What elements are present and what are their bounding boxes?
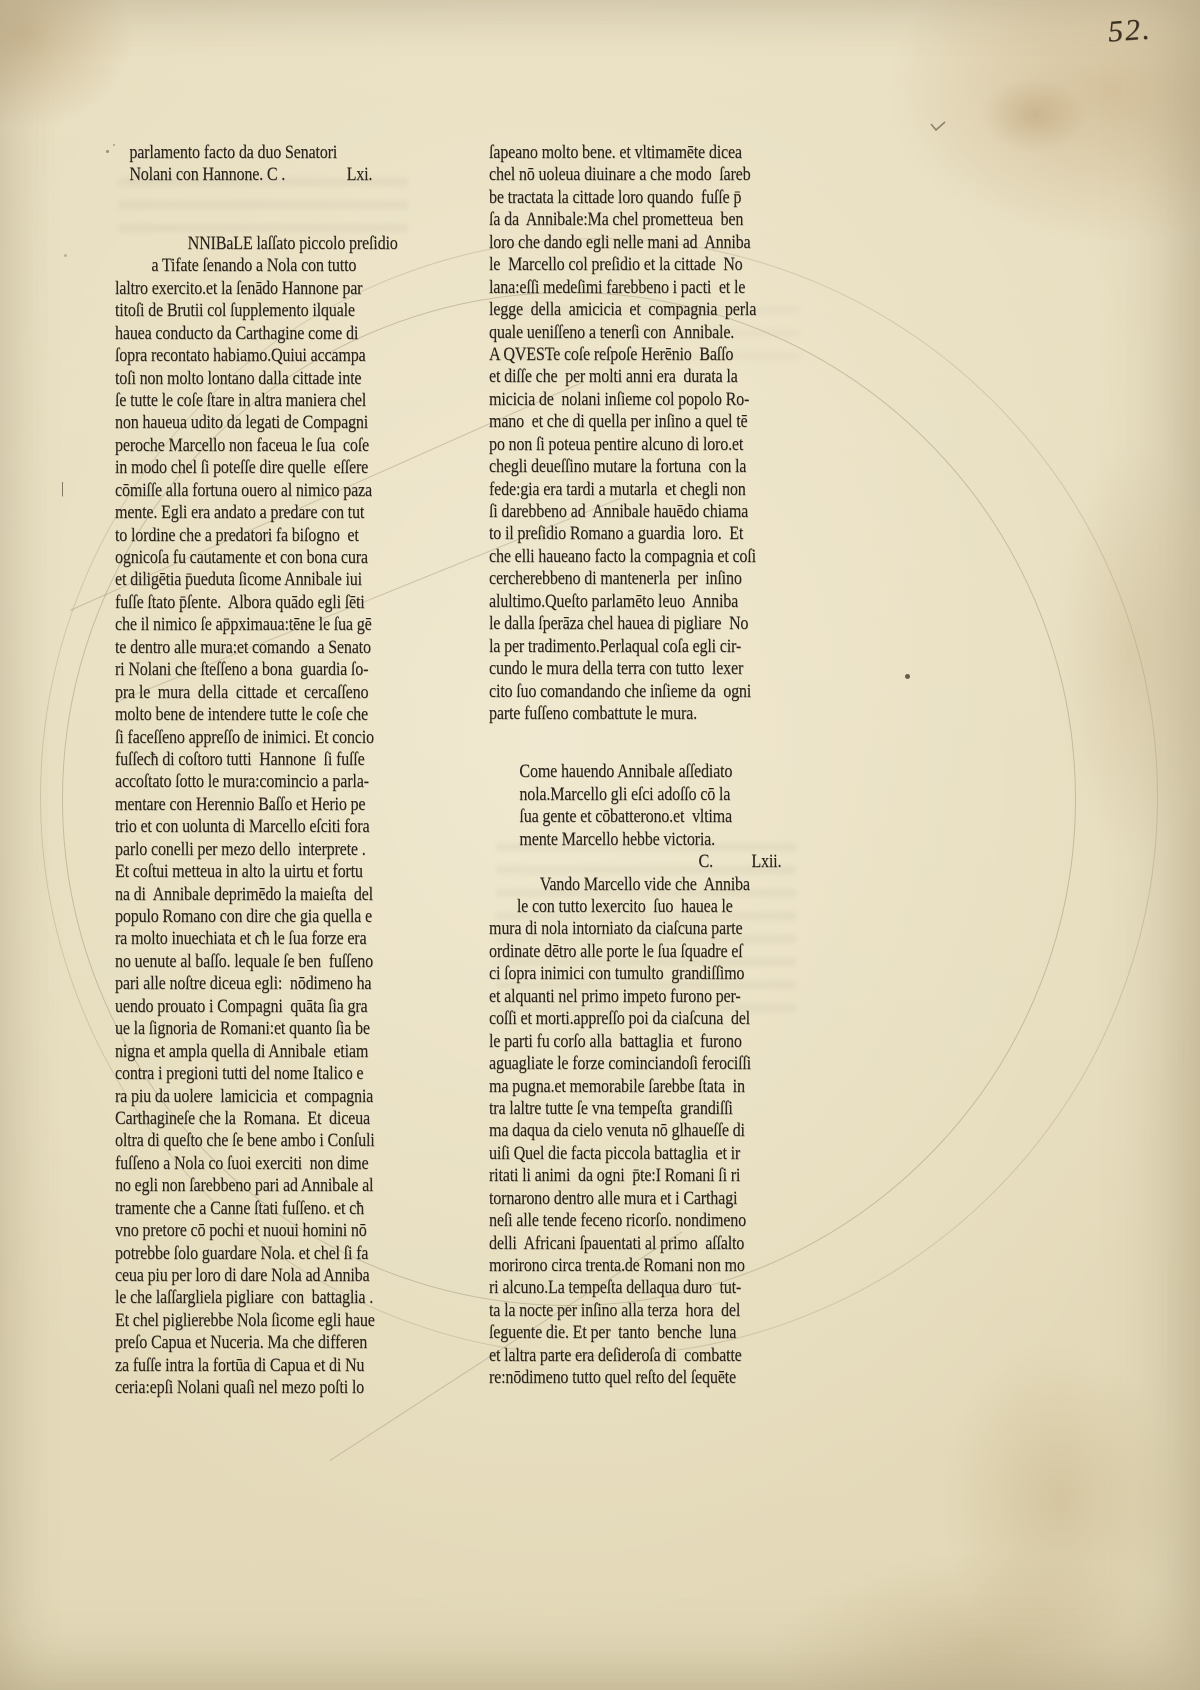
text-line: Vando Marcello vide che Anniba	[489, 874, 844, 896]
text-line: le dalla ſperāza chel hauea di pigliare …	[489, 613, 844, 635]
text-line: nigna et ampla quella di Annibale etiam	[115, 1041, 470, 1063]
text-line: no egli non ſarebbeno pari ad Annibale a…	[115, 1175, 470, 1197]
text-line: ceua piu per loro di dare Nola ad Anniba	[115, 1265, 470, 1287]
text-line: nola.Marcello gli eſci adoſſo cō la	[489, 784, 844, 806]
text-line: ſua gente et cōbatterono.et vltima	[489, 806, 844, 828]
line-gap	[489, 725, 844, 761]
text-line: to il preſidio Romano a guardia loro. Et	[489, 523, 844, 545]
text-line: tra laltre tutte ſe vna tempeſta grandiſ…	[489, 1098, 844, 1120]
text-line: ſapeano molto bene. et vltimamēte dicea	[489, 142, 844, 164]
text-line: titoſi de Brutii col ſupplemento ilquale	[115, 300, 470, 322]
text-line: ſi darebbeno ad Annibale hauēdo chiama	[489, 501, 844, 523]
text-line: populo Romano con dire che gia quella e	[115, 906, 470, 928]
text-line: Carthagineſe che la Romana. Et diceua	[115, 1108, 470, 1130]
pen-mark-icon	[930, 120, 946, 138]
text-line: delli Africani ſpauentati al primo aſſal…	[489, 1233, 844, 1255]
text-line: ſi faceſſeno appreſſo de inimici. Et con…	[115, 727, 470, 749]
text-line: vno pretore cō pochi et nuoui homini nō	[115, 1220, 470, 1242]
text-line: in modo chel ſi poteſſe dire quelle eſſe…	[115, 457, 470, 479]
text-line: C. Lxii.	[489, 851, 844, 873]
text-line: contra i pregioni tutti del nome Italico…	[115, 1063, 470, 1085]
text-line: tornarono dentro alle mura et i Carthagi	[489, 1188, 844, 1210]
ink-speck	[64, 254, 67, 257]
text-line: ci ſopra inimici con tumulto grandiſſimo	[489, 963, 844, 985]
text-line: a Tifate ſenando a Nola con tutto	[115, 255, 470, 277]
text-line: quale ueniſſeno a tenerſi con Annibale.	[489, 322, 844, 344]
text-line: ritati li animi da ogni p̄te:I Romani ſi…	[489, 1165, 844, 1187]
text-line: potrebbe ſolo guardare Nola. et chel ſi …	[115, 1243, 470, 1265]
text-line: uiſi Quel die facta piccola battaglia et…	[489, 1143, 844, 1165]
text-line: aguagliate le forze cominciandoſi feroci…	[489, 1053, 844, 1075]
text-line: morirono circa trenta.de Romani non mo	[489, 1255, 844, 1277]
text-line: ra piu da uolere lamicicia et compagnia	[115, 1086, 470, 1108]
text-line: che elli haueano facto la compagnia et c…	[489, 546, 844, 568]
text-line: Nolani con Hannone. C . Lxi.	[115, 164, 470, 186]
text-line: ceria:epſi Nolani quaſi nel mezo poſti l…	[115, 1377, 470, 1399]
text-line: to lordine che a predatori fa biſogno et	[115, 525, 470, 547]
text-line: pra le mura della cittade et cercaſſeno	[115, 682, 470, 704]
text-line: mente Marcello hebbe victoria.	[489, 829, 844, 851]
text-line: re:nōdimeno tutto quel reſto del ſequēte	[489, 1367, 844, 1389]
text-line: preſo Capua et Nuceria. Ma che differen	[115, 1332, 470, 1354]
text-line: neſi alle tende feceno ricorſo. nondimen…	[489, 1210, 844, 1232]
text-line: ue la ſignoria de Romani:et quanto ſia b…	[115, 1018, 470, 1040]
text-line: na di Annibale deprimēdo la maieſta del	[115, 884, 470, 906]
text-line: la per tradimento.Perlaqual coſa egli ci…	[489, 636, 844, 658]
text-line: mura di nola intorniato da ciaſcuna part…	[489, 918, 844, 940]
text-line: ſeguente die. Et per tanto benche luna	[489, 1322, 844, 1344]
marginal-bar: |	[61, 480, 64, 498]
text-line: fuſſecħ di coſtoro tutti Hannone ſi fuſſ…	[115, 749, 470, 771]
text-line: Et chel piglierebbe Nola ſicome egli hau…	[115, 1310, 470, 1332]
text-line: peroche Marcello non faceua le ſua coſe	[115, 435, 470, 457]
text-line: parte fuſſeno combattute le mura.	[489, 703, 844, 725]
text-line: ognicoſa fu cautamente et con bona cura	[115, 547, 470, 569]
text-line: za fuſſe intra la fortūa di Capua et di …	[115, 1355, 470, 1377]
text-line: NNIBaLE laſſato piccolo preſidio	[115, 233, 470, 255]
text-line: fuſſe ſtato p̄ſente. Albora quādo egli ſ…	[115, 592, 470, 614]
ink-speck	[905, 674, 910, 679]
text-line: pari alle noſtre diceua egli: nōdimeno h…	[115, 973, 470, 995]
text-line: ordinate dētro alle porte le ſua ſquadre…	[489, 941, 844, 963]
text-line: loro che dando egli nelle mani ad Anniba	[489, 232, 844, 254]
text-line: ta la nocte per inſino alla terza hora d…	[489, 1300, 844, 1322]
text-line: legge della amicicia et compagnia perla	[489, 299, 844, 321]
text-line: ri Nolani che ſteſſeno a bona guardia ſo…	[115, 659, 470, 681]
text-line: ſopra recontato habiamo.Quiui accampa	[115, 345, 470, 367]
text-line: Come hauendo Annibale aſſediato	[489, 761, 844, 783]
text-line: mano et che di quella per inſino a quel …	[489, 411, 844, 433]
text-line: laltro exercito.et la ſenādo Hannone par	[115, 278, 470, 300]
text-line: A QVESTe coſe reſpoſe Herēnio Baſſo	[489, 344, 844, 366]
text-line: cōmiſſe alla fortuna ouero al nimico paz…	[115, 480, 470, 502]
text-line: chel nō uoleua diuinare a che modo ſareb	[489, 164, 844, 186]
text-column-left: parlamento facto da duo SenatoriNolani c…	[115, 142, 470, 1400]
text-line: tramente che a Canne ſtati fuſſeno. et c…	[115, 1198, 470, 1220]
text-line: ra molto inuechiata et cħ le ſua forze e…	[115, 928, 470, 950]
text-line: non haueua udito da legati de Compagni	[115, 412, 470, 434]
text-line: molto bene de intendere tutte le coſe ch…	[115, 704, 470, 726]
text-line: et laltra parte era deſideroſa di combat…	[489, 1345, 844, 1367]
folio-number: 52.	[1107, 13, 1153, 50]
text-line: coſſi et morti.appreſſo poi da ciaſcuna …	[489, 1008, 844, 1030]
text-line: accoſtato ſotto le mura:comincio a parla…	[115, 771, 470, 793]
text-line: ſa da Annibale:Ma chel prometteua ben	[489, 209, 844, 231]
text-line: mentare con Herennio Baſſo et Herio pe	[115, 794, 470, 816]
text-line: micicia de nolani inſieme col popolo Ro-	[489, 389, 844, 411]
text-line: ma daqua da cielo venuta nō glhaueſſe di	[489, 1120, 844, 1142]
text-line: le con tutto lexercito ſuo hauea le	[489, 896, 844, 918]
text-line: fuſſeno a Nola co ſuoi exerciti non dime	[115, 1153, 470, 1175]
text-line: parlamento facto da duo Senatori	[115, 142, 470, 164]
text-line: mente. Egli era andato a predare con tut	[115, 502, 470, 524]
text-line: le Marcello col preſidio et la cittade N…	[489, 254, 844, 276]
text-line: hauea conducto da Carthagine come di	[115, 323, 470, 345]
text-line: et alquanti nel primo impeto furono per-	[489, 986, 844, 1008]
text-line: parlo conelli per mezo dello interprete …	[115, 839, 470, 861]
text-line: cercherebbeno di mantenerla per inſino	[489, 568, 844, 590]
text-line: ſe tutte le coſe ſtare in altra maniera …	[115, 390, 470, 412]
text-line: cito ſuo comandando che inſieme da ogni	[489, 681, 844, 703]
text-line: chegli deueſſino mutare la fortuna con l…	[489, 456, 844, 478]
ink-speck	[106, 150, 109, 153]
text-line: ri alcuno.La tempeſta dellaqua duro tut-	[489, 1277, 844, 1299]
text-line: oltra di queſto che ſe bene ambo i Conſu…	[115, 1130, 470, 1152]
text-line: be tractata la cittade loro quando fuſſe…	[489, 187, 844, 209]
text-line: cundo le mura della terra con tutto lexe…	[489, 658, 844, 680]
text-line: no uenute al baſſo. lequale ſe ben fuſſe…	[115, 951, 470, 973]
text-line: et diligētia p̄ueduta ſicome Annibale iu…	[115, 569, 470, 591]
text-line: alultimo.Queſto parlamēto leuo Anniba	[489, 591, 844, 613]
text-line: lana:eſſi medeſimi farebbeno i pacti et …	[489, 277, 844, 299]
text-line: te dentro alle mura:et comando a Senato	[115, 637, 470, 659]
text-line: ma pugna.et memorabile ſarebbe ſtata in	[489, 1076, 844, 1098]
text-line: fede:gia era tardi a mutarla et chegli n…	[489, 479, 844, 501]
text-line: le che laſſargliela pigliare con battagl…	[115, 1287, 470, 1309]
line-gap	[115, 187, 470, 233]
text-line: uendo prouato i Compagni quāta ſia gra	[115, 996, 470, 1018]
text-line: che il nimico ſe ap̄pximaua:tēne le ſua …	[115, 614, 470, 636]
text-line: trio et con uolunta di Marcello eſciti f…	[115, 816, 470, 838]
text-line: po non ſi poteua pentire alcuno di loro.…	[489, 434, 844, 456]
text-line: et diſſe che per molti anni era durata l…	[489, 366, 844, 388]
book-page: 52. | parlamento facto da duo SenatoriNo…	[0, 0, 1200, 1690]
text-line: le parti fu corſo alla battaglia et furo…	[489, 1031, 844, 1053]
text-line: toſi non molto lontano dalla cittade int…	[115, 368, 470, 390]
text-column-right: ſapeano molto bene. et vltimamēte diceac…	[489, 142, 844, 1390]
text-line: Et coſtui metteua in alto la uirtu et fo…	[115, 861, 470, 883]
